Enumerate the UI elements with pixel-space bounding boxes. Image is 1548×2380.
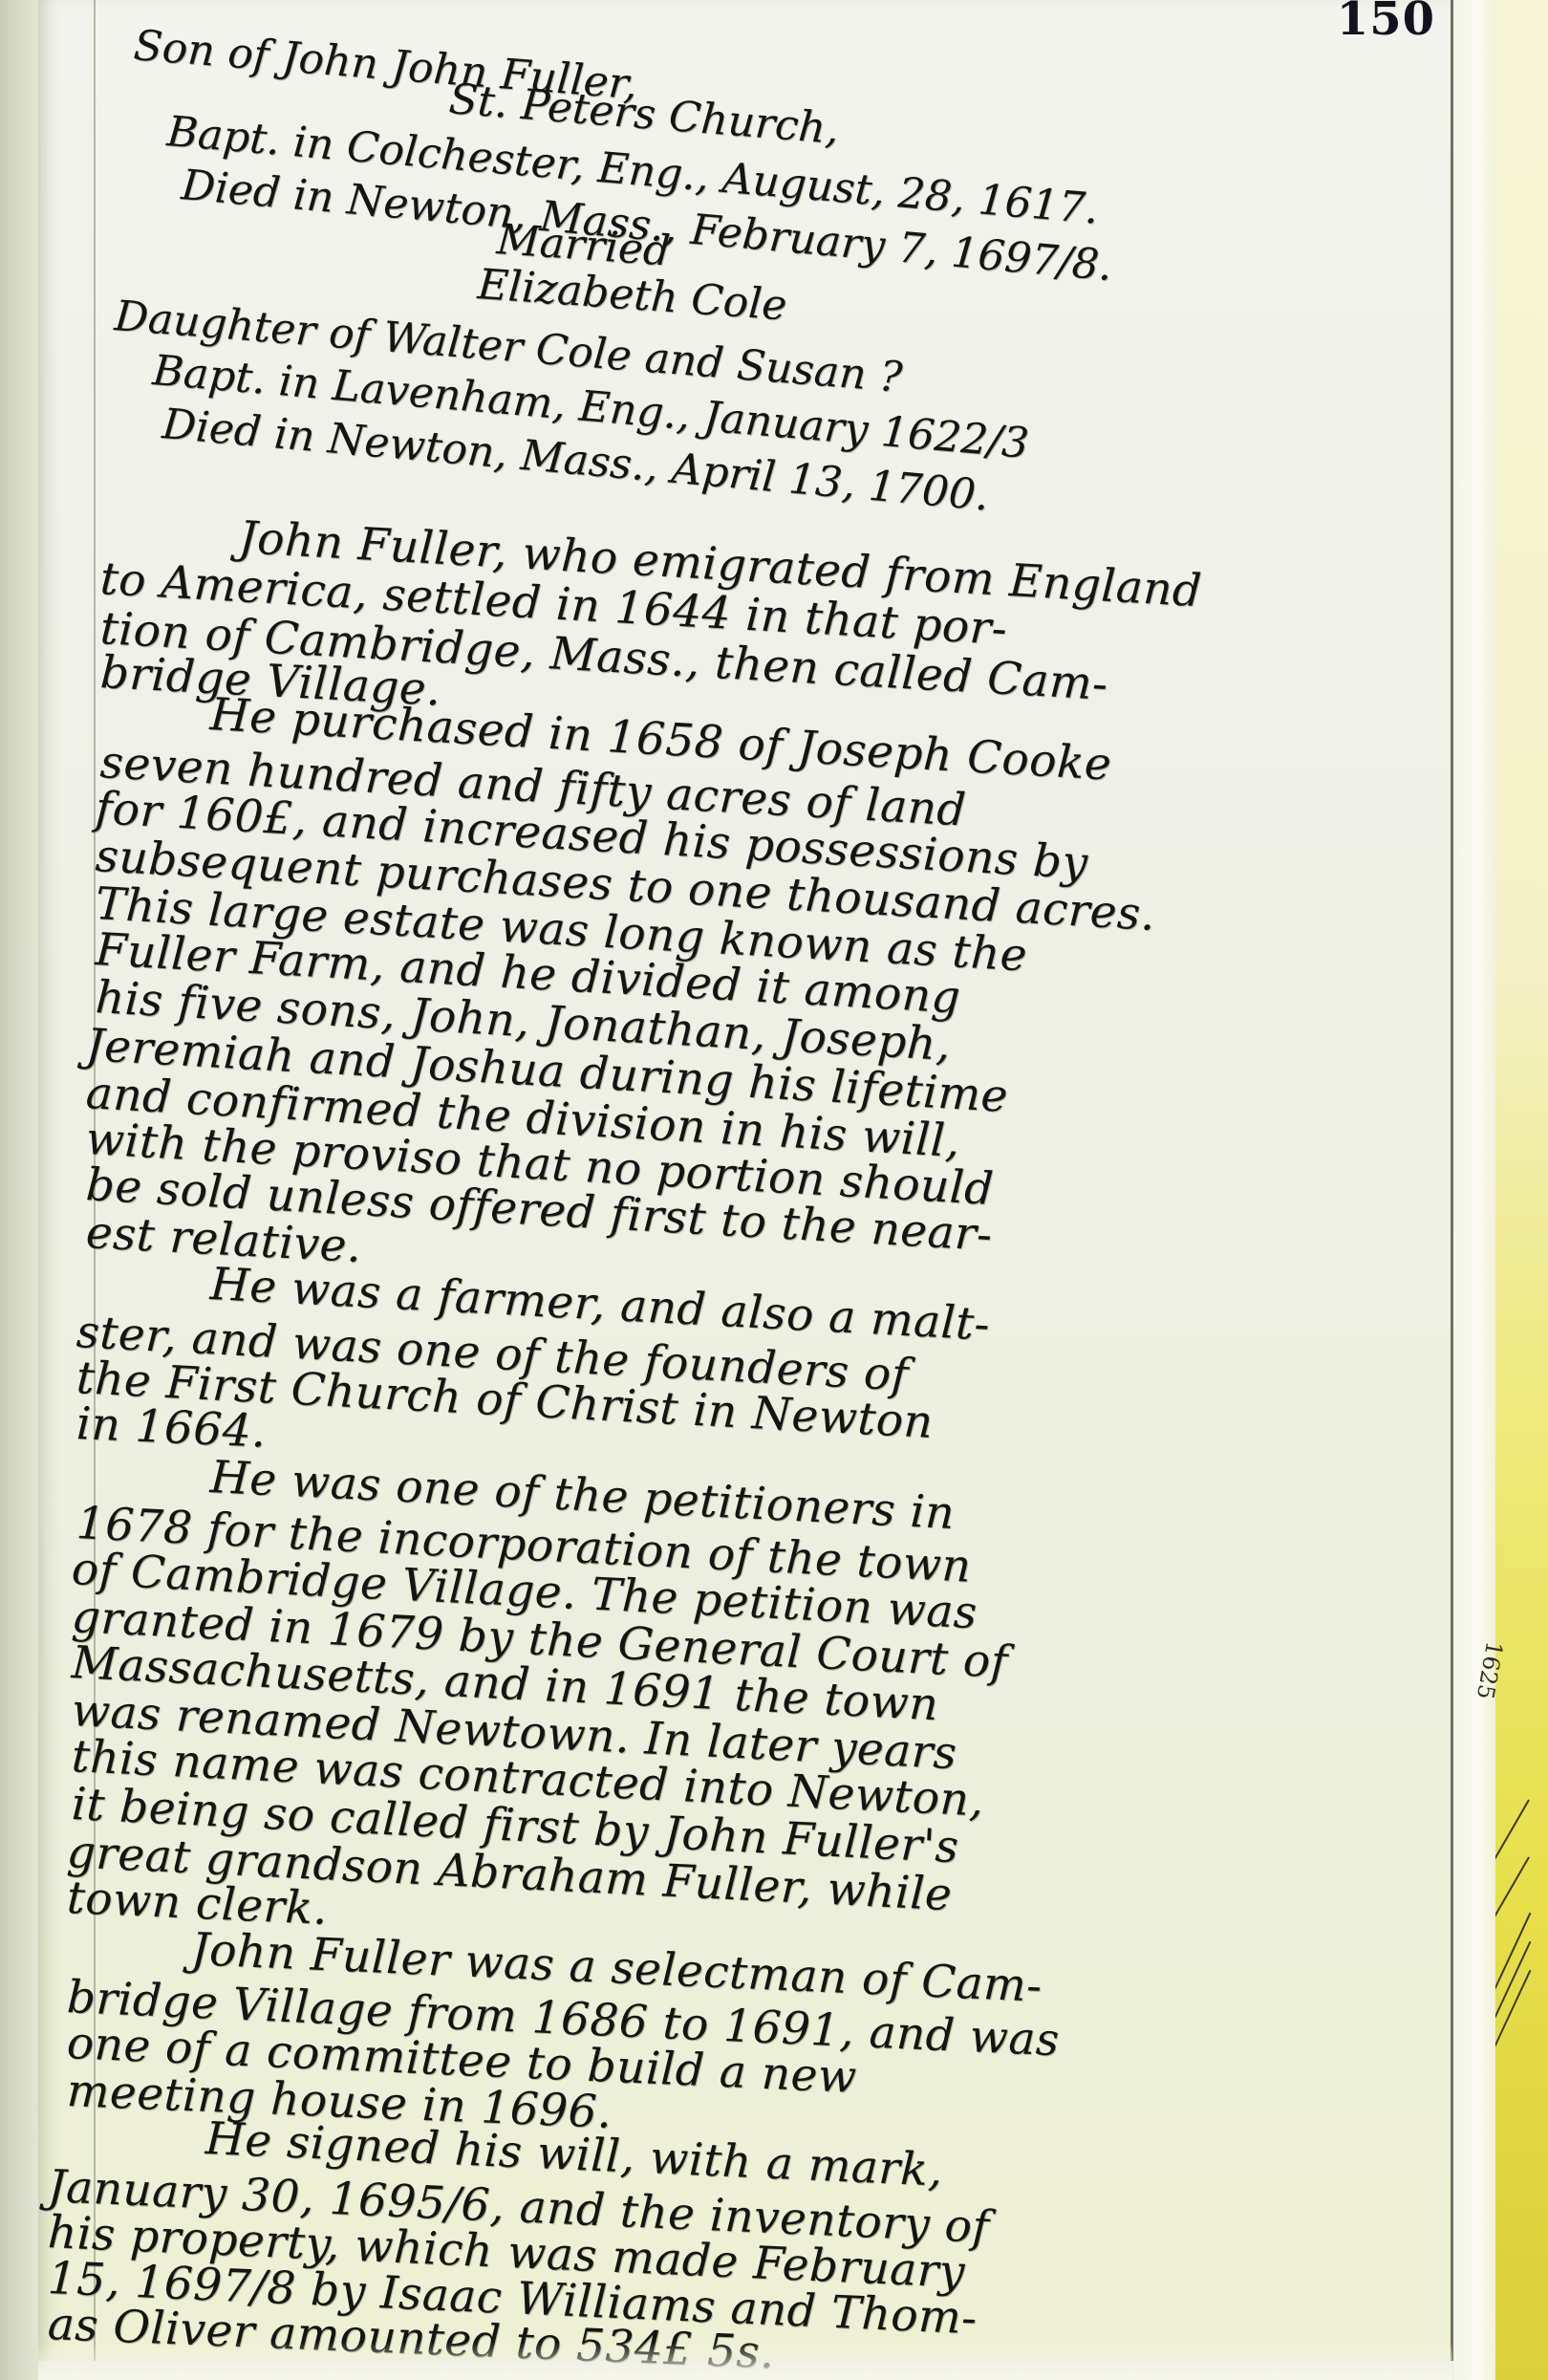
ruled-line <box>1495 1913 1531 2009</box>
page-bottom-edge <box>38 2342 1452 2380</box>
page-number: 150 <box>1337 0 1435 46</box>
page-edge <box>1453 0 1495 2380</box>
ruled-line <box>1495 1970 1531 2066</box>
underlying-yellow-sheet <box>1495 0 1548 2380</box>
body-line: in 1664. <box>75 1397 268 1459</box>
ruled-line <box>1495 1941 1531 2038</box>
